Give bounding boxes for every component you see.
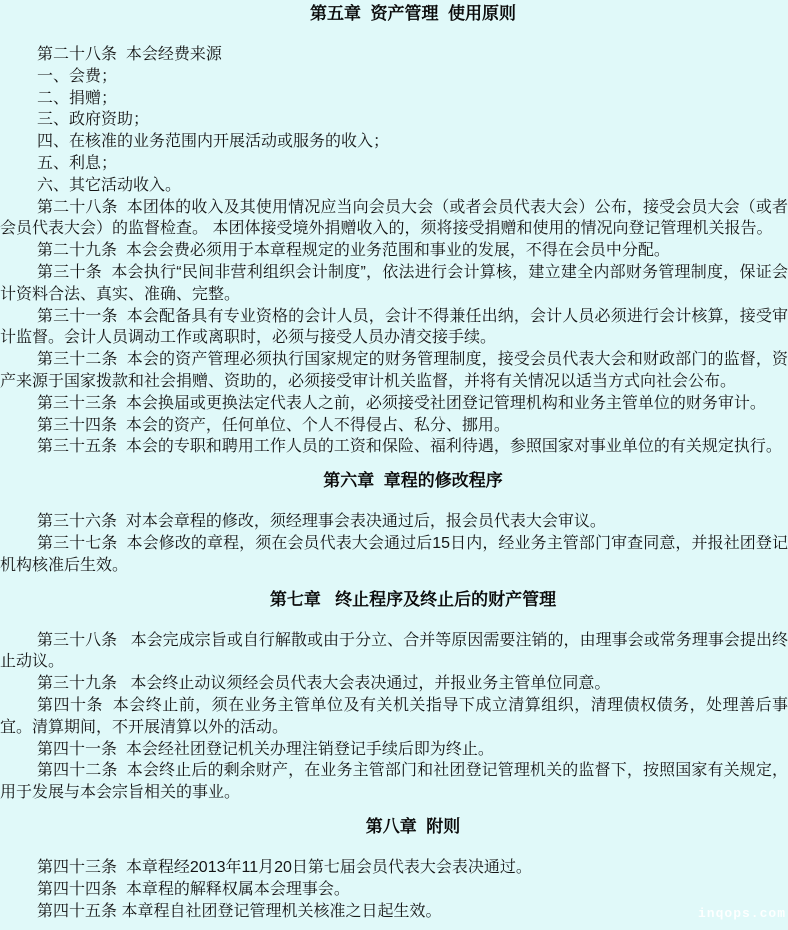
article-paragraph: 第三十六条 对本会章程的修改，须经理事会表决通过后，报会员代表大会审议。 <box>0 511 788 533</box>
article-paragraph: 第三十条 本会执行“民间非营利组织会计制度”，依法进行会计算核，建立建全内部财务… <box>0 262 788 306</box>
article-paragraph: 第三十九条 本会终止动议须经会员代表大会表决通过，并报业务主管单位同意。 <box>0 673 788 695</box>
chapter-section: 第八章 附则第四十三条 本章程经2013年11月20日第七届会员代表大会表决通过… <box>0 815 788 922</box>
document-page: 第五章 资产管理 使用原则第二十八条 本会经费来源一、会费；二、捐赠；三、政府资… <box>0 0 788 922</box>
chapter-title: 第七章 终止程序及终止后的财产管理 <box>0 588 788 612</box>
article-paragraph: 第三十七条 本会修改的章程，须在会员代表大会通过后15日内，经业务主管部门审查同… <box>0 533 788 577</box>
article-paragraph: 五、利息； <box>0 153 788 175</box>
article-paragraph: 六、其它活动收入。 <box>0 175 788 197</box>
chapter-section: 第五章 资产管理 使用原则第二十八条 本会经费来源一、会费；二、捐赠；三、政府资… <box>0 2 788 458</box>
article-paragraph: 第四十二条 本会终止后的剩余财产，在业务主管部门和社团登记管理机关的监督下，按照… <box>0 760 788 804</box>
article-paragraph: 第三十八条 本会完成宗旨或自行解散或由于分立、合并等原因需要注销的，由理事会或常… <box>0 630 788 674</box>
article-paragraph: 第四十一条 本会经社团登记机关办理注销登记手续后即为终止。 <box>0 739 788 761</box>
article-paragraph: 第四十条 本会终止前，须在业务主管单位及有关机关指导下成立清算组织，清理债权债务… <box>0 695 788 739</box>
article-paragraph: 第二十九条 本会会费必须用于本章程规定的业务范围和事业的发展，不得在会员中分配。 <box>0 240 788 262</box>
article-paragraph: 第二十八条 本会经费来源 <box>0 44 788 66</box>
article-paragraph: 一、会费； <box>0 66 788 88</box>
chapter-section: 第七章 终止程序及终止后的财产管理第三十八条 本会完成宗旨或自行解散或由于分立、… <box>0 588 788 804</box>
article-paragraph: 第四十四条 本章程的解释权属本会理事会。 <box>0 879 788 901</box>
chapter-section: 第六章 章程的修改程序第三十六条 对本会章程的修改，须经理事会表决通过后，报会员… <box>0 469 788 576</box>
article-paragraph: 第三十二条 本会的资产管理必须执行国家规定的财务管理制度，接受会员代表大会和财政… <box>0 349 788 393</box>
article-paragraph: 三、政府资助； <box>0 109 788 131</box>
article-paragraph: 第三十四条 本会的资产，任何单位、个人不得侵占、私分、挪用。 <box>0 415 788 437</box>
article-paragraph: 第三十三条 本会换届或更换法定代表人之前，必须接受社团登记管理机构和业务主管单位… <box>0 393 788 415</box>
article-paragraph: 第三十五条 本会的专职和聘用工作人员的工资和保险、福利待遇，参照国家对事业单位的… <box>0 436 788 458</box>
chapter-title: 第六章 章程的修改程序 <box>0 469 788 493</box>
article-paragraph: 四、在核准的业务范围内开展活动或服务的收入； <box>0 131 788 153</box>
article-paragraph: 第三十一条 本会配备具有专业资格的会计人员，会计不得兼任出纳，会计人员必须进行会… <box>0 306 788 350</box>
article-paragraph: 第二十八条 本团体的收入及其使用情况应当向会员大会（或者会员代表大会）公布，接受… <box>0 197 788 241</box>
chapter-title: 第八章 附则 <box>0 815 788 839</box>
article-paragraph: 第四十五条 本章程自社团登记管理机关核准之日起生效。 <box>0 901 788 923</box>
article-paragraph: 第四十三条 本章程经2013年11月20日第七届会员代表大会表决通过。 <box>0 857 788 879</box>
article-paragraph: 二、捐赠； <box>0 88 788 110</box>
chapter-title: 第五章 资产管理 使用原则 <box>0 2 788 26</box>
